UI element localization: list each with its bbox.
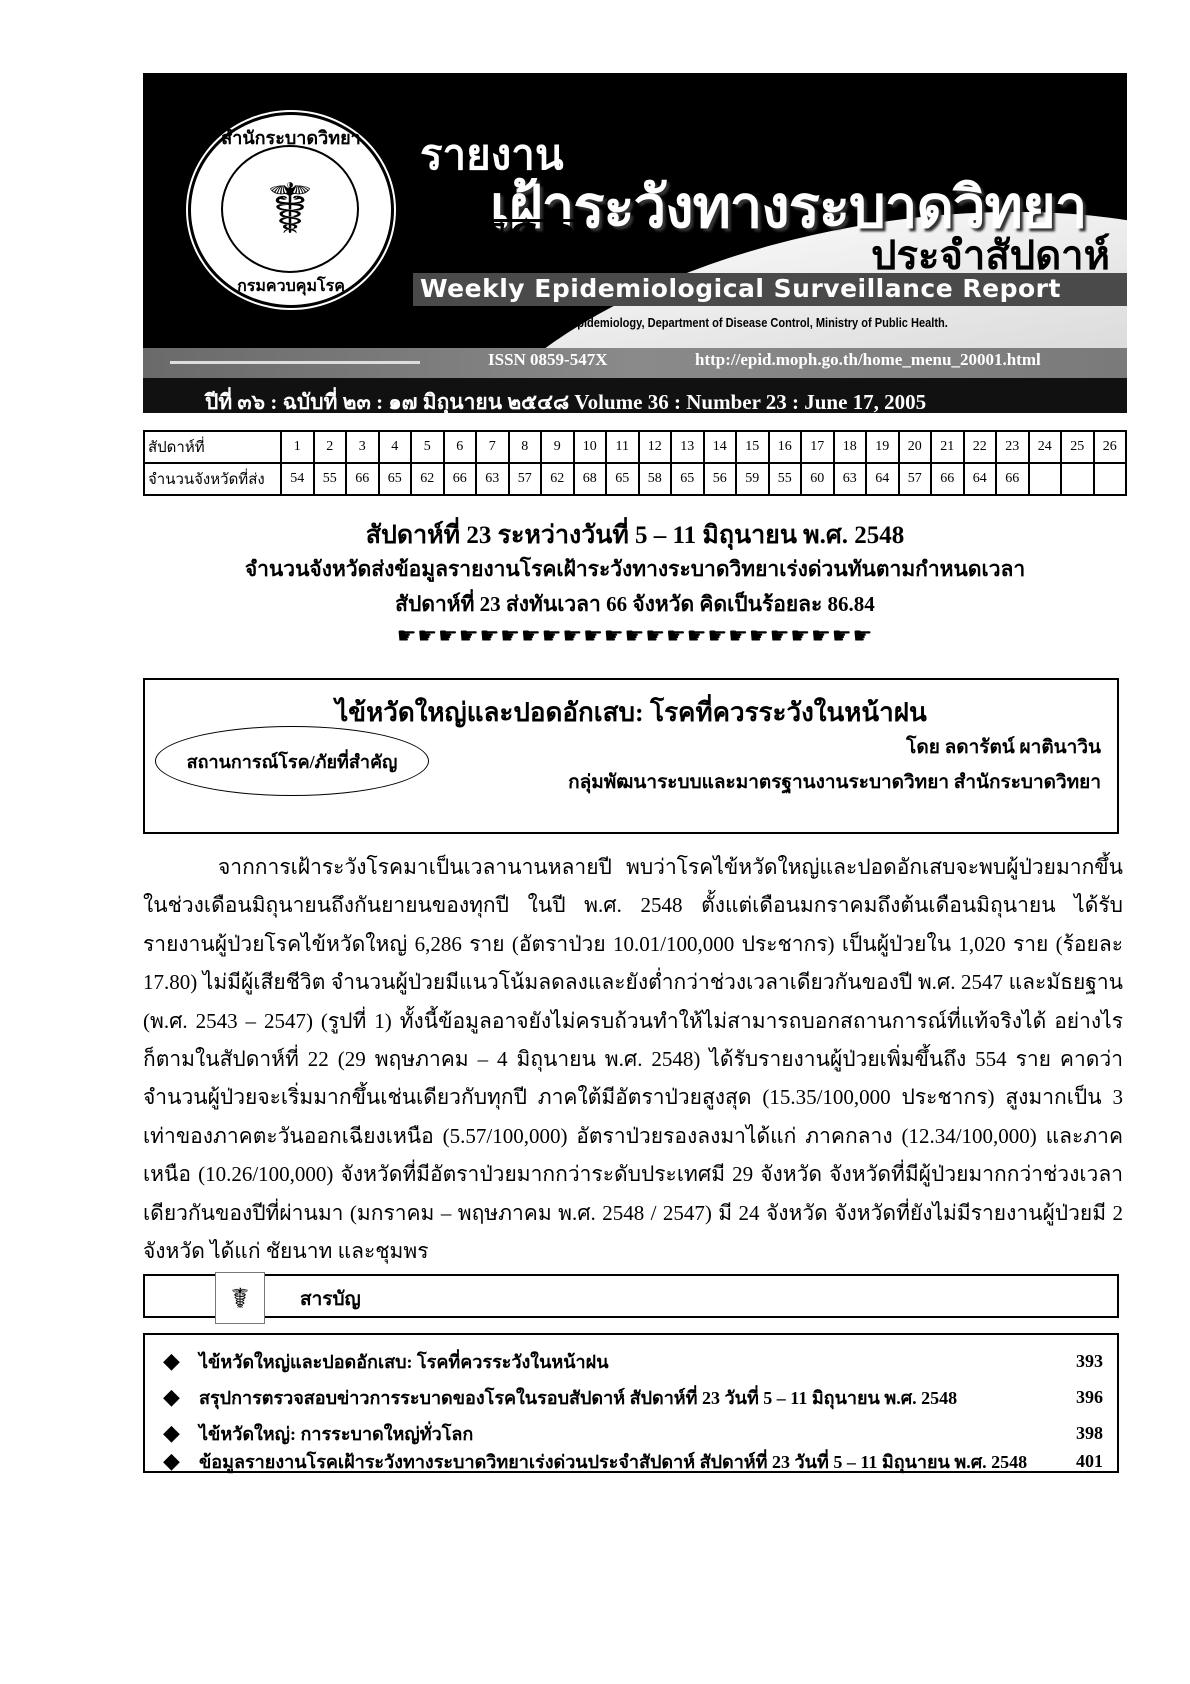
week-number-cell: 9 <box>541 431 574 463</box>
article-header-box: ไข้หวัดใหญ่และปอดอักเสบ: โรคที่ควรระวังใ… <box>143 678 1119 834</box>
province-count-cell: 64 <box>866 463 899 495</box>
province-count-cell: 55 <box>769 463 802 495</box>
diamond-bullet-icon: ◆ <box>163 1421 199 1446</box>
toc-title: สารบัญ <box>300 1284 361 1314</box>
toc-item-page: 396 <box>1053 1387 1103 1408</box>
toc-item-text: สรุปการตรวจสอบข่าวการระบาดของโรคในรอบสัป… <box>199 1383 1053 1412</box>
province-count-cell <box>1061 463 1094 495</box>
province-count-cell <box>1094 463 1127 495</box>
province-count-cell: 66 <box>444 463 477 495</box>
week-number-cell: 4 <box>379 431 412 463</box>
masthead-title-en: Weekly Epidemiological Surveillance Repo… <box>420 274 1061 303</box>
article-org: กลุ่มพัฒนาระบบและมาตรฐานงานระบาดวิทยา สำ… <box>568 767 1101 797</box>
week-number-cell: 14 <box>704 431 737 463</box>
province-count-cell: 62 <box>411 463 444 495</box>
week-number-cell: 25 <box>1061 431 1094 463</box>
logo-inner-ring: ☤ <box>221 145 359 273</box>
article-body: จากการเฝ้าระวังโรคมาเป็นเวลานานหลายปี พบ… <box>143 848 1123 1270</box>
week-number-cell: 7 <box>476 431 509 463</box>
week-number-cell: 26 <box>1094 431 1127 463</box>
count-row-label: จำนวนจังหวัดที่ส่ง <box>144 463 281 495</box>
wesr-underline <box>480 219 580 222</box>
province-count-cell: 55 <box>314 463 347 495</box>
province-count-cell: 63 <box>476 463 509 495</box>
province-count-cell: 66 <box>346 463 379 495</box>
province-count-cell: 56 <box>704 463 737 495</box>
toc-item-text: ข้อมูลรายงานโรคเฝ้าระวังทางระบาดวิทยาเร่… <box>199 1447 1053 1476</box>
logo-text-bottom: กรมควบคุมโรค <box>191 274 391 299</box>
toc-item-page: 398 <box>1053 1423 1103 1444</box>
toc-item-page: 393 <box>1053 1351 1103 1372</box>
issn: ISSN 0859-547X <box>488 350 608 370</box>
week-number-cell: 20 <box>899 431 932 463</box>
province-count-cell: 66 <box>996 463 1029 495</box>
week-row-label: สัปดาห์ที่ <box>144 431 281 463</box>
week-number-cell: 3 <box>346 431 379 463</box>
province-count-cell: 65 <box>606 463 639 495</box>
diamond-bullet-icon: ◆ <box>163 1449 199 1474</box>
week-number-cell: 19 <box>866 431 899 463</box>
province-count-cell: 57 <box>899 463 932 495</box>
submission-heading: จำนวนจังหวัดส่งข้อมูลรายงานโรคเฝ้าระวังท… <box>143 553 1127 586</box>
province-count-cell: 68 <box>574 463 607 495</box>
province-count-cell: 54 <box>281 463 314 495</box>
masthead-bureau: สำนักระบาดวิทยา กรมควบคุมโรค กระทรวงสาธา… <box>240 312 948 333</box>
week-number-cell: 11 <box>606 431 639 463</box>
week-number-cell: 15 <box>736 431 769 463</box>
toc-item[interactable]: ◆ ข้อมูลรายงานโรคเฝ้าระวังทางระบาดวิทยาเ… <box>163 1447 1103 1476</box>
toc-header: ☤ สารบัญ <box>143 1274 1119 1318</box>
week-number-cell: 23 <box>996 431 1029 463</box>
pointing-hand-icons: ☛☛☛☛☛☛☛☛☛☛☛☛☛☛☛☛☛☛☛☛☛☛☛ <box>143 624 1127 649</box>
province-count-cell: 66 <box>931 463 964 495</box>
toc-item-text: ไข้หวัดใหญ่และปอดอักเสบ: โรคที่ควรระวังใ… <box>199 1347 1053 1376</box>
week-number-cell: 12 <box>639 431 672 463</box>
week-number-cell: 16 <box>769 431 802 463</box>
week-number-cell: 1 <box>281 431 314 463</box>
province-count-cell: 63 <box>834 463 867 495</box>
diamond-bullet-icon: ◆ <box>163 1385 199 1410</box>
week-number-cell: 2 <box>314 431 347 463</box>
province-count-cell: 65 <box>671 463 704 495</box>
caduceus-icon: ☤ <box>215 1272 265 1324</box>
week-number-cell: 18 <box>834 431 867 463</box>
province-count-cell: 64 <box>964 463 997 495</box>
article-author: โดย ลดารัตน์ ผาตินาวิน <box>906 732 1101 762</box>
week-heading: สัปดาห์ที่ 23 ระหว่างวันที่ 5 – 11 มิถุน… <box>143 515 1127 555</box>
province-count-cell: 62 <box>541 463 574 495</box>
province-count-cell: 58 <box>639 463 672 495</box>
province-count-row: จำนวนจังหวัดที่ส่ง 545566656266635762686… <box>144 463 1126 495</box>
toc-item-text: ไข้หวัดใหญ่: การระบาดใหญ่ทั่วโลก <box>199 1419 1053 1448</box>
province-count-cell: 65 <box>379 463 412 495</box>
week-number-row: สัปดาห์ที่ 12345678910111213141516171819… <box>144 431 1126 463</box>
province-count-cell: 57 <box>509 463 542 495</box>
bureau-logo: สำนักระบาดวิทยา ☤ กรมควบคุมโรค <box>188 112 394 308</box>
province-count-cell <box>1029 463 1062 495</box>
week-number-cell: 21 <box>931 431 964 463</box>
issue-line: ปีที่ ๓๖ : ฉบับที่ ๒๓ : ๑๗ มิถุนายน ๒๕๔๘… <box>205 386 926 419</box>
toc-item[interactable]: ◆ ไข้หวัดใหญ่: การระบาดใหญ่ทั่วโลก 398 <box>163 1419 1103 1448</box>
week-number-cell: 8 <box>509 431 542 463</box>
province-count-cell: 60 <box>801 463 834 495</box>
week-number-cell: 24 <box>1029 431 1062 463</box>
section-label: สถานการณ์โรค/ภัยที่สำคัญ <box>155 726 429 796</box>
week-number-cell: 17 <box>801 431 834 463</box>
week-submission-table: สัปดาห์ที่ 12345678910111213141516171819… <box>143 430 1127 496</box>
week-number-cell: 22 <box>964 431 997 463</box>
diamond-bullet-icon: ◆ <box>163 1349 199 1374</box>
issn-rule <box>170 361 420 364</box>
caduceus-icon: ☤ <box>267 174 314 244</box>
toc-item-page: 401 <box>1053 1451 1103 1472</box>
week-number-cell: 10 <box>574 431 607 463</box>
submission-percent: สัปดาห์ที่ 23 ส่งทันเวลา 66 จังหวัด คิดเ… <box>143 588 1127 621</box>
toc-list: ◆ ไข้หวัดใหญ่และปอดอักเสบ: โรคที่ควรระวั… <box>143 1333 1119 1473</box>
week-number-cell: 6 <box>444 431 477 463</box>
week-number-cell: 5 <box>411 431 444 463</box>
toc-item[interactable]: ◆ ไข้หวัดใหญ่และปอดอักเสบ: โรคที่ควรระวั… <box>163 1347 1103 1376</box>
toc-item[interactable]: ◆ สรุปการตรวจสอบข่าวการระบาดของโรคในรอบส… <box>163 1383 1103 1412</box>
province-count-cell: 59 <box>736 463 769 495</box>
article-paragraph: จากการเฝ้าระวังโรคมาเป็นเวลานานหลายปี พบ… <box>143 848 1123 1270</box>
website-url[interactable]: http://epid.moph.go.th/home_menu_20001.h… <box>695 350 1041 370</box>
week-number-cell: 13 <box>671 431 704 463</box>
